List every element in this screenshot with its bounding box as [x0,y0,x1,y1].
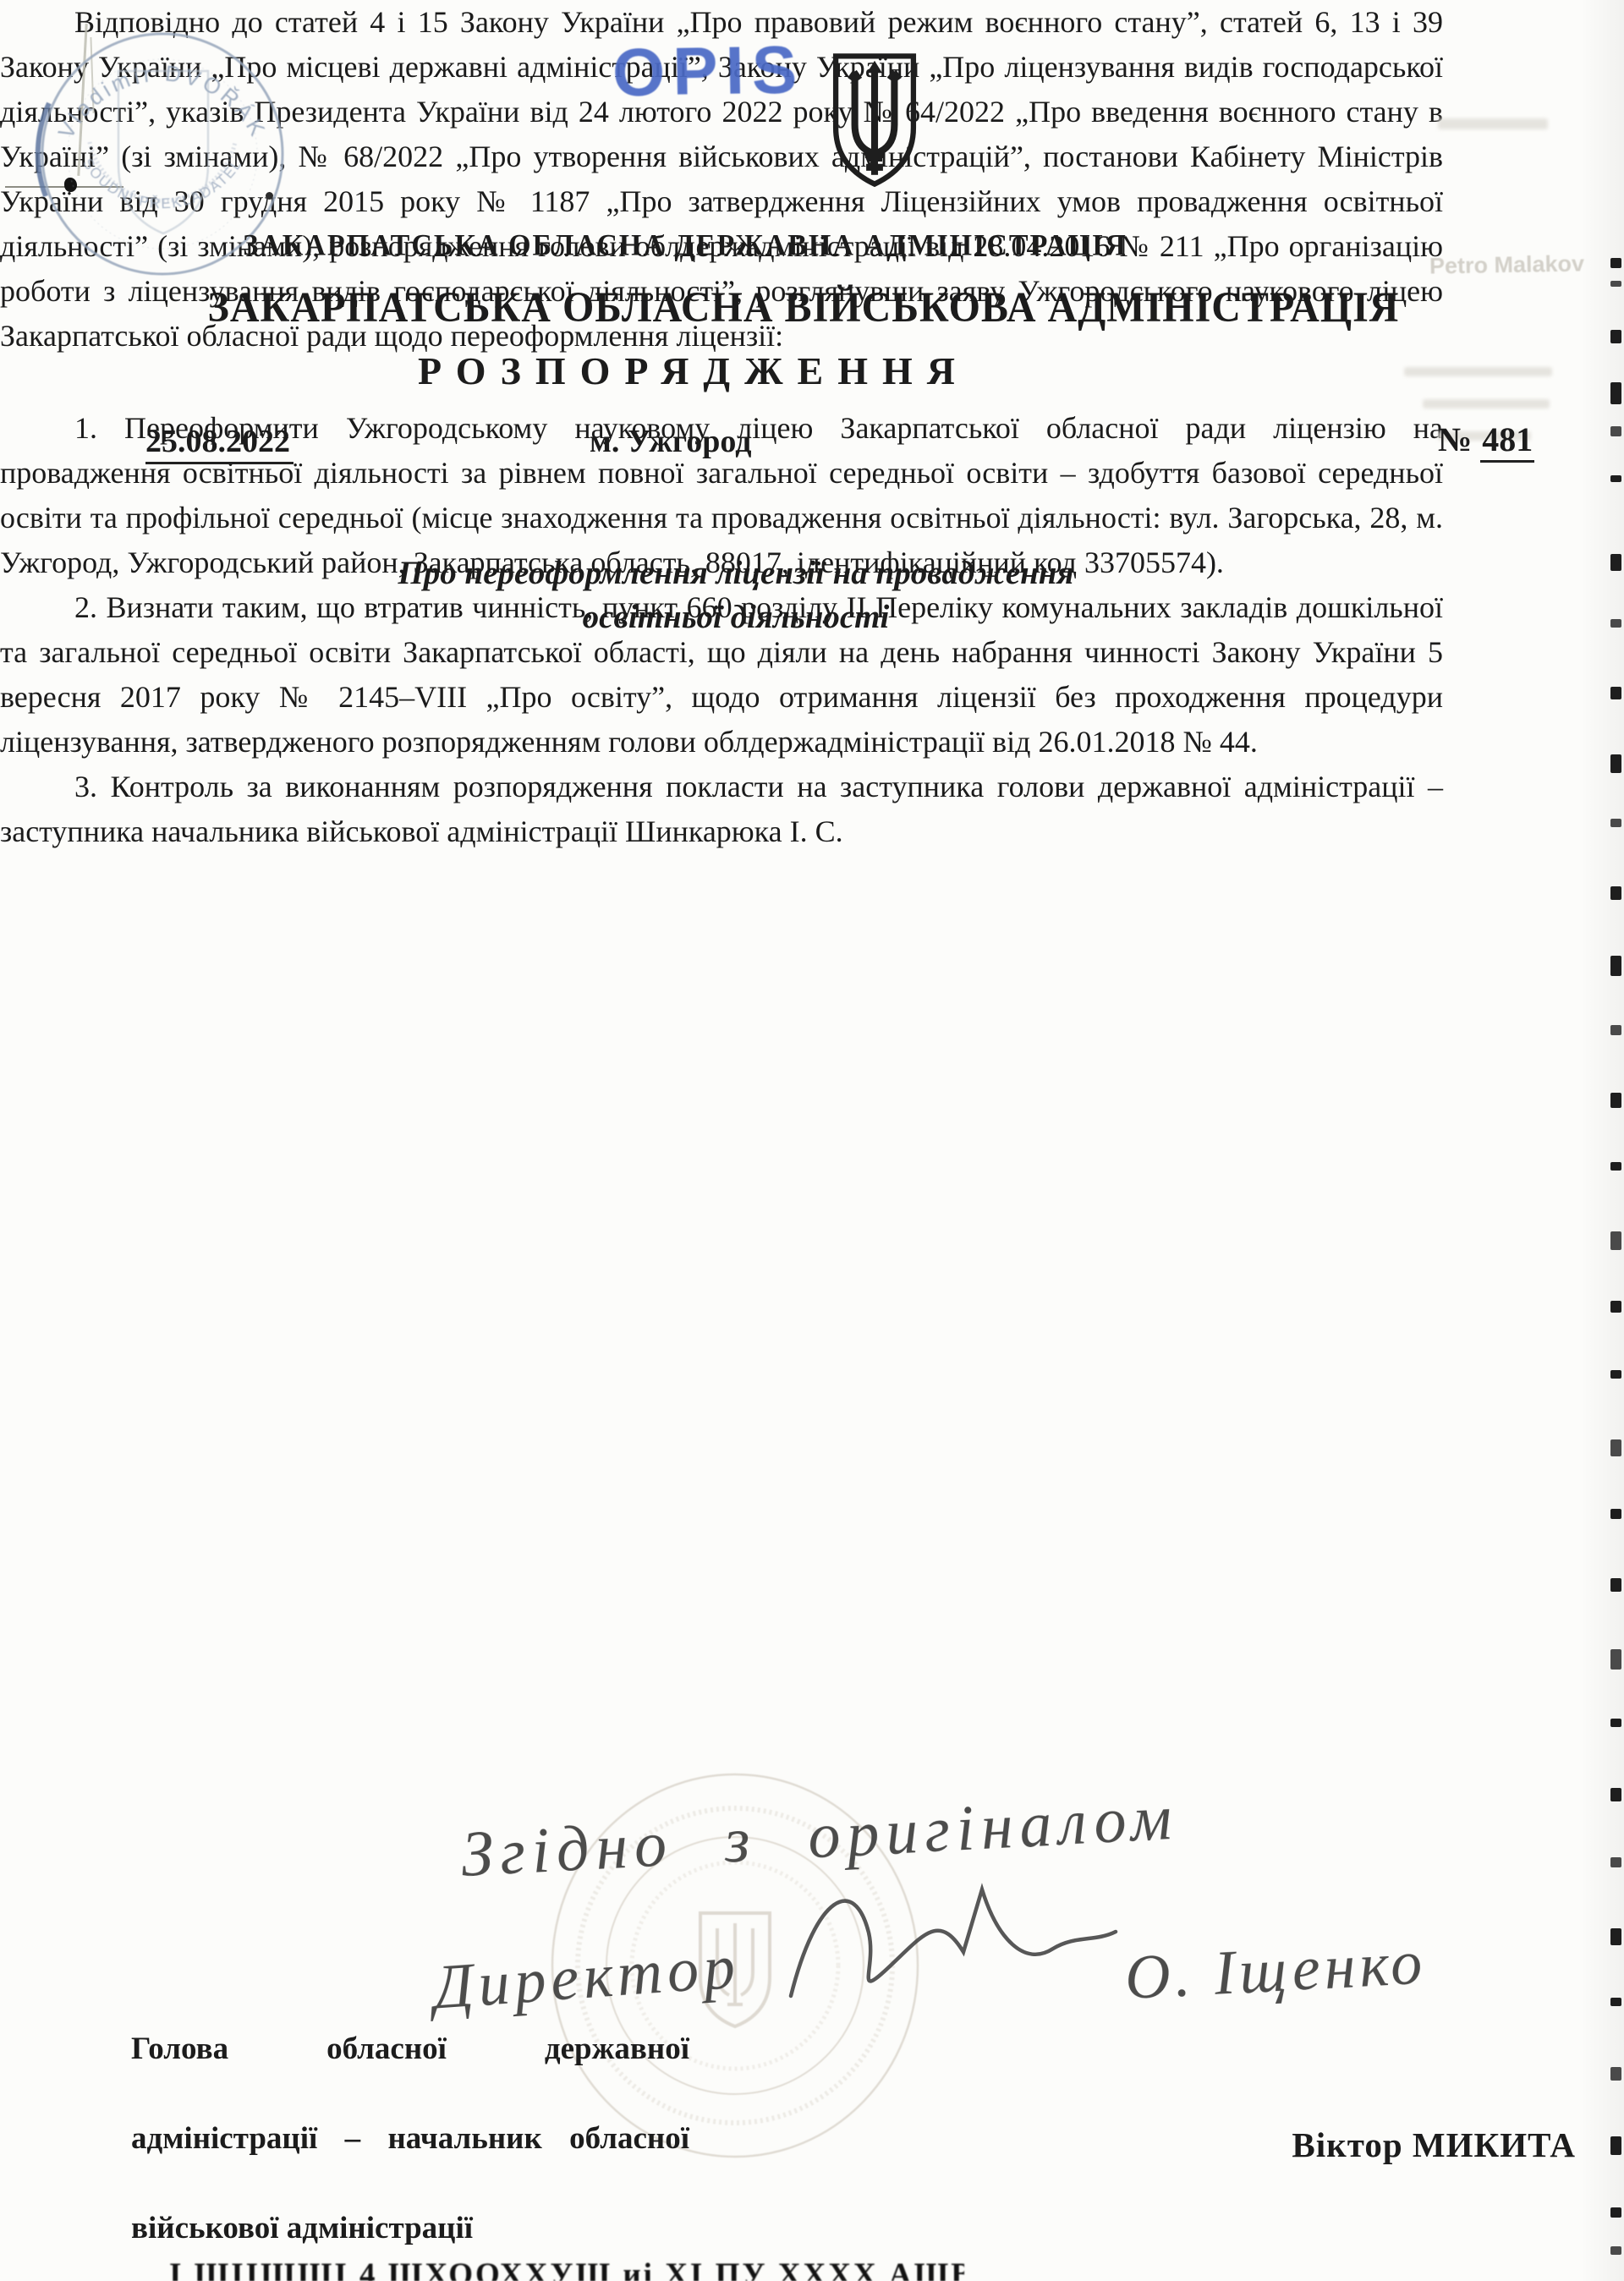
edge-mark [1610,475,1621,482]
subject-line-2: освітньої діяльності [17,595,1455,639]
document-number-label: № [1438,420,1472,458]
ukraine-trident-emblem [829,49,920,191]
edge-mark [1610,1857,1621,1867]
edge-mark [1610,1093,1621,1108]
edge-mark [1610,1231,1621,1250]
opis-stamp: OPIS [612,30,825,112]
edge-mark [1610,1578,1621,1592]
certification-signature [774,1861,1138,2047]
edge-mark [1610,2067,1621,2081]
document-number-value: 481 [1480,420,1534,463]
signoff-position: Голова обласної державної адміністрації … [131,2026,689,2251]
edge-mark [1610,819,1621,827]
edge-mark [1610,1788,1621,1801]
signoff-line-3: військової адміністрації [131,2206,689,2251]
edge-mark [1610,1439,1621,1456]
edge-mark [1610,1719,1621,1727]
document-date: 25.08.2022 [145,423,294,464]
signoff-line-1: Голова обласної державної [131,2026,689,2116]
edge-mark [1610,619,1621,628]
edge-mark [1610,426,1621,436]
edge-mark [1610,956,1621,976]
scanned-document-page: Petro Malakov Vladimír DVOŘÁK SOUDNÍ PŘE… [0,0,1624,2281]
edge-mark [1610,1928,1621,1945]
signer-name: Віктор МИКИТА [1171,2125,1576,2165]
edge-mark [1610,1998,1621,2006]
subject-title: Про переоформлення ліцензії на проваджен… [17,551,1455,639]
edge-mark [1610,1509,1621,1519]
signoff-line-2: адміністрації – начальник обласної [131,2116,689,2206]
edge-mark [1610,554,1621,571]
edge-mark [1610,1649,1621,1670]
bleed-through-strip [1423,399,1550,408]
translator-stamp-name: Vladimír DVOŘÁK [53,60,272,143]
edge-mark [1610,2207,1621,2218]
document-number: № 481 [1438,419,1534,459]
org-name-state: ЗАКАРПАТСЬКА ОБЛАСНА ДЕРЖАВНА АДМІНІСТРА… [0,229,1497,263]
edge-mark [1610,1162,1621,1171]
org-name-military: ЗАКАРПАТСЬКА ОБЛАСНА ВІЙСЬКОВА АДМІНІСТР… [0,283,1616,332]
document-city: м. Ужгород [590,423,752,460]
edge-mark [1610,2246,1621,2255]
edge-mark [1610,754,1621,773]
edge-mark [1610,1301,1621,1313]
translator-stamp-title: SOUDNÍ PŘEKLADATEL [80,156,245,211]
svg-text:Vladimír DVOŘÁK: Vladimír DVOŘÁK [53,60,272,143]
edge-mark [1610,2136,1621,2155]
bleed-through-strip [1438,118,1548,129]
svg-text:SOUDNÍ PŘEKLADATEL: SOUDNÍ PŘEKLADATEL [80,156,245,211]
edge-mark [1610,382,1621,404]
certification-signer-handwriting: О. Іщенко [1123,1927,1428,2015]
edge-mark [1610,1370,1621,1379]
paragraph-item-3: 3. Контроль за виконанням розпорядження … [0,765,1443,854]
subject-line-1: Про переоформлення ліцензії на проваджен… [17,551,1455,595]
bottom-cutoff-text-artifact: І ШІІШШІ 4 ШХООХХУШ иі ХІ ПУ ХХХХ АШВА [169,2256,964,2281]
edge-mark [1610,886,1621,900]
edge-mark [1610,1025,1621,1035]
edge-mark [1610,258,1621,268]
document-type-title: РОЗПОРЯДЖЕННЯ [0,348,1506,393]
edge-mark [1610,330,1621,343]
edge-mark [1610,687,1621,699]
